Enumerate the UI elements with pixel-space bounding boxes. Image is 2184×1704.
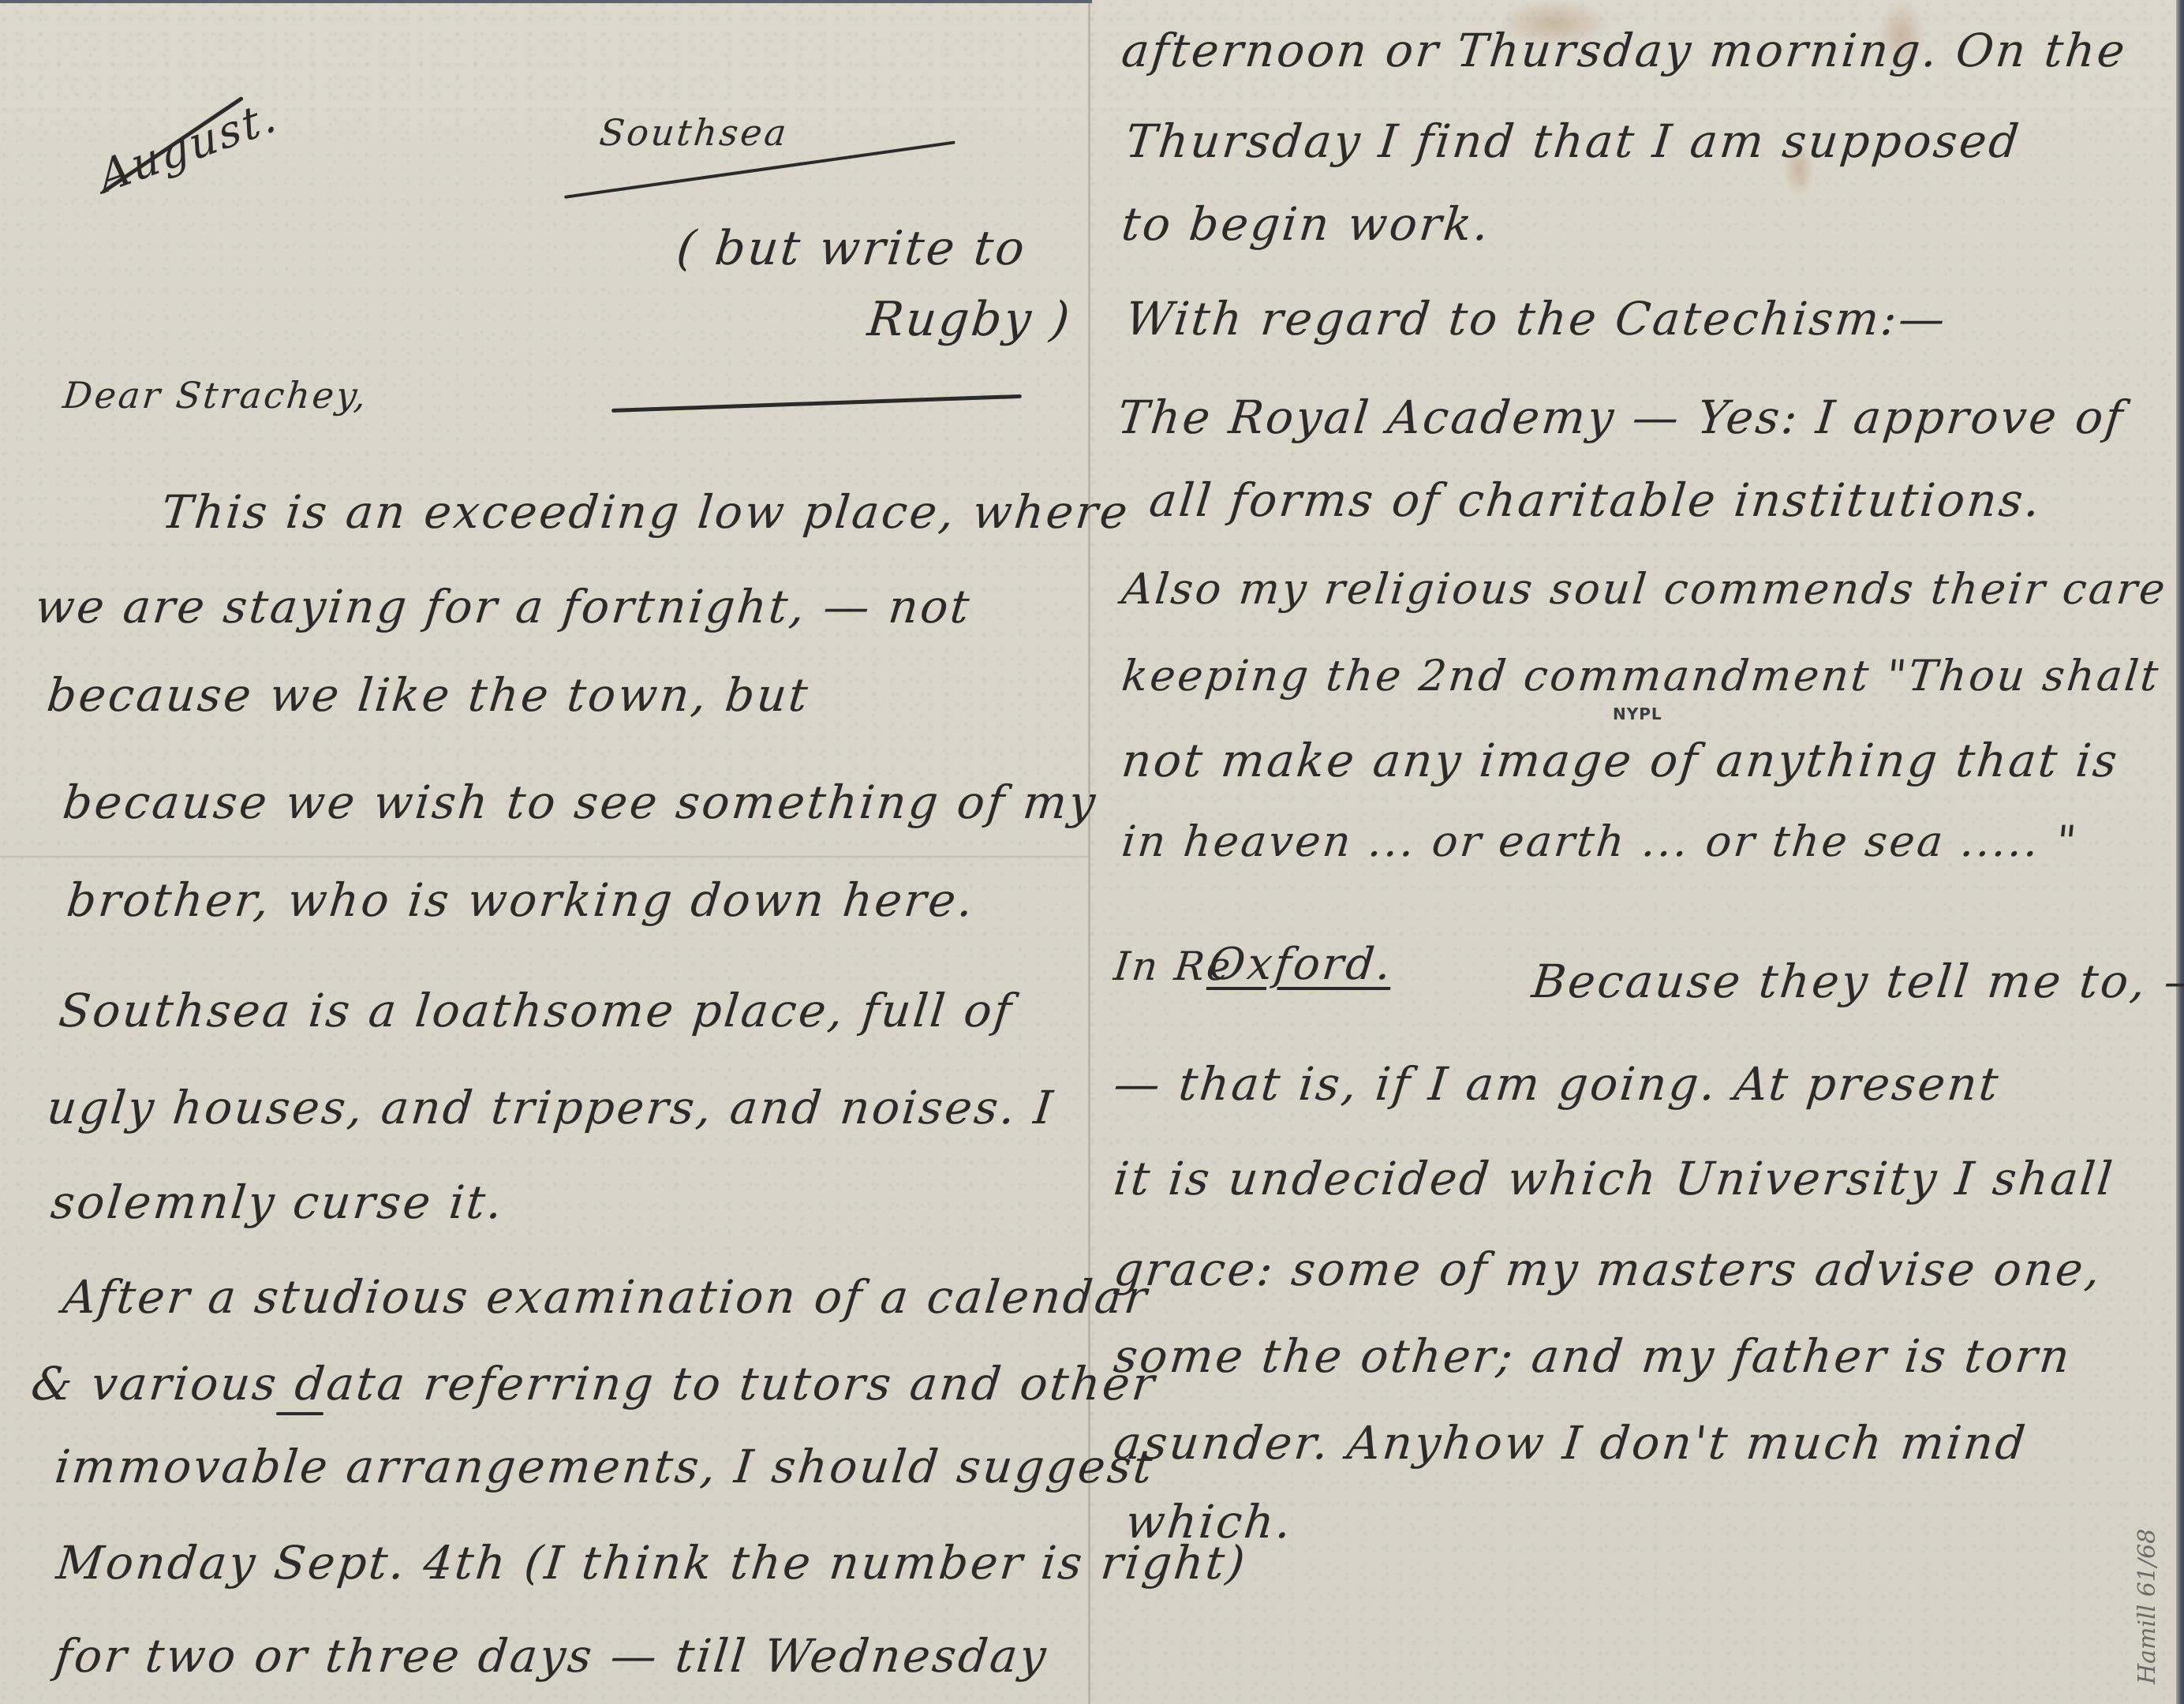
letter-line: it is undecided which University I shall [1112,1156,2117,1201]
in-re-subject: Oxford. [1206,943,1395,987]
letter-line: to begin work. [1120,201,1494,247]
catechism-heading: With regard to the Catechism:— [1124,296,1950,342]
address-place: Southsea [598,114,791,151]
letter-line: keeping the 2nd commandment "Thou shalt [1120,655,2162,697]
salutation: Dear Strachey, [62,377,371,413]
letter-line: This is an exceeding low place, where [159,489,1132,535]
archive-mark: Hamill 61/68 [2134,1529,2161,1684]
address-rule-bottom [611,394,1022,413]
letter-line: & various data referring to tutors and o… [29,1361,1159,1407]
letter-line: because we like the town, but [45,672,812,718]
letter-line: solemnly curse it. [49,1179,507,1225]
letter-line: ugly houses, and trippers, and noises. I [45,1085,1057,1130]
letter-line: all forms of charitable institutions. [1147,477,2044,523]
address-note-line2: Rugby ) [866,296,1074,343]
letter-line: for two or three days — till Wednesday [53,1633,1050,1679]
letter-date: August. [95,93,282,200]
address-note-line1: ( but write to [675,225,1029,272]
letter-line: which. [1124,1499,1296,1545]
letter-line: because we wish to see something of my [61,779,1100,825]
nypl-stamp: NYPL [1613,704,1662,723]
letter-line: The Royal Academy — Yes: I approve of [1116,394,2127,440]
data-underline [276,1412,323,1415]
right-page: afternoon or Thursday morning. On the Th… [1090,0,2176,1704]
letter-line: afternoon or Thursday morning. On the [1120,28,2130,73]
letter-line: Monday Sept. 4th (I think the number is … [54,1540,1249,1586]
letter-line: asunder. Anyhow I don't much mind [1112,1420,2029,1466]
left-page: August. Southsea ( but write to Rugby ) … [0,0,1088,1704]
letter-line: some the other; and my father is torn [1112,1333,2074,1379]
letter-line: not make any image of anything that is [1120,738,2122,783]
letter-line: Southsea is a loathsome place, full of [57,988,1015,1033]
scan-border-right [2176,0,2184,1704]
letter-line: Thursday I find that I am supposed [1124,118,2023,164]
letter-line: brother, who is working down here. [65,877,978,923]
letter-line: — that is, if I am going. At present [1112,1061,2003,1107]
because-text: Because they tell me to, — [1530,958,2184,1004]
letter-line: After a studious examination of a calend… [61,1274,1151,1320]
letter-line: grace: some of my masters advise one, [1112,1246,2104,1292]
letter-line: in heaven ... or earth ... or the sea ..… [1120,820,2081,863]
letter-line: Also my religious soul commends their ca… [1120,568,2184,611]
letter-line: we are staying for a fortnight, — not [33,584,974,630]
letter-sheet: August. Southsea ( but write to Rugby ) … [0,0,2184,1704]
letter-line: immovable arrangements, I should suggest [53,1444,1157,1489]
